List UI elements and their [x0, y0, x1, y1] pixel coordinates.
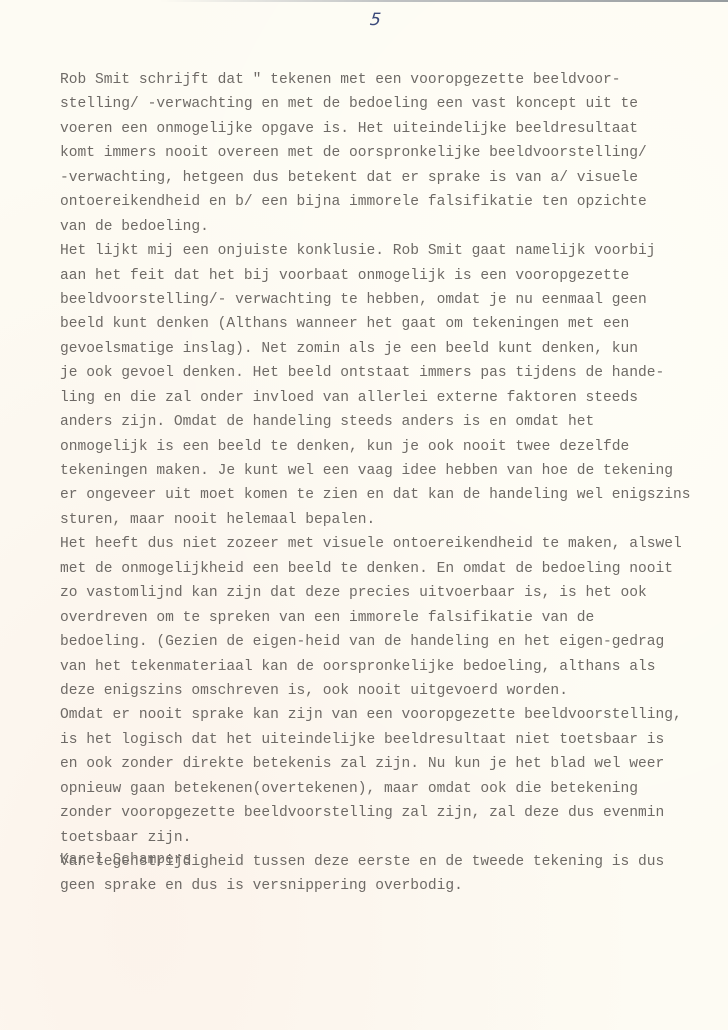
typewritten-page: 5 Rob Smit schrijft dat " tekenen met ee… [0, 0, 728, 1030]
text-line: is het logisch dat het uiteindelijke bee… [60, 728, 720, 752]
text-line: je ook gevoel denken. Het beeld ontstaat… [60, 361, 720, 385]
text-line: toetsbaar zijn. [60, 826, 720, 850]
author-signature: Karel Schampers [60, 848, 191, 872]
text-line: met de onmogelijkheid een beeld te denke… [60, 557, 720, 581]
text-line: aan het feit dat het bij voorbaat onmoge… [60, 264, 720, 288]
text-line: ling en die zal onder invloed van allerl… [60, 386, 720, 410]
text-line: gevoelsmatige inslag). Net zomin als je … [60, 337, 720, 361]
text-line: zo vastomlijnd kan zijn dat deze precies… [60, 581, 720, 605]
text-line: voeren een onmogelijke opgave is. Het ui… [60, 117, 720, 141]
handwritten-page-number: 5 [369, 12, 382, 29]
text-line: onmogelijk is een beeld te denken, kun j… [60, 435, 720, 459]
text-line: bedoeling. (Gezien de eigen-heid van de … [60, 630, 720, 654]
text-line: sturen, maar nooit helemaal bepalen. [60, 508, 720, 532]
body-text: Rob Smit schrijft dat " tekenen met een … [60, 68, 720, 899]
text-line: stelling/ -verwachting en met de bedoeli… [60, 92, 720, 116]
text-line: anders zijn. Omdat de handeling steeds a… [60, 410, 720, 434]
scan-edge-shadow [160, 0, 728, 2]
text-line: Het heeft dus niet zozeer met visuele on… [60, 532, 720, 556]
text-line: van de bedoeling. [60, 215, 720, 239]
text-line: -verwachting, hetgeen dus betekent dat e… [60, 166, 720, 190]
text-line: opnieuw gaan betekenen(overtekenen), maa… [60, 777, 720, 801]
text-line: beeld kunt denken (Althans wanneer het g… [60, 312, 720, 336]
text-line: Het lijkt mij een onjuiste konklusie. Ro… [60, 239, 720, 263]
text-line: overdreven om te spreken van een immorel… [60, 606, 720, 630]
text-line: en ook zonder direkte betekenis zal zijn… [60, 752, 720, 776]
text-line: van het tekenmateriaal kan de oorspronke… [60, 655, 720, 679]
text-line: tekeningen maken. Je kunt wel een vaag i… [60, 459, 720, 483]
text-line: zonder vooropgezette beeldvoorstelling z… [60, 801, 720, 825]
text-line: Omdat er nooit sprake kan zijn van een v… [60, 703, 720, 727]
text-line: deze enigszins omschreven is, ook nooit … [60, 679, 720, 703]
text-line: er ongeveer uit moet komen te zien en da… [60, 483, 720, 507]
text-line: Rob Smit schrijft dat " tekenen met een … [60, 68, 720, 92]
text-line: geen sprake en dus is versnippering over… [60, 874, 720, 898]
text-line: ontoereikendheid en b/ een bijna immorel… [60, 190, 720, 214]
text-line: beeldvoorstelling/- verwachting te hebbe… [60, 288, 720, 312]
text-line: komt immers nooit overeen met de oorspro… [60, 141, 720, 165]
